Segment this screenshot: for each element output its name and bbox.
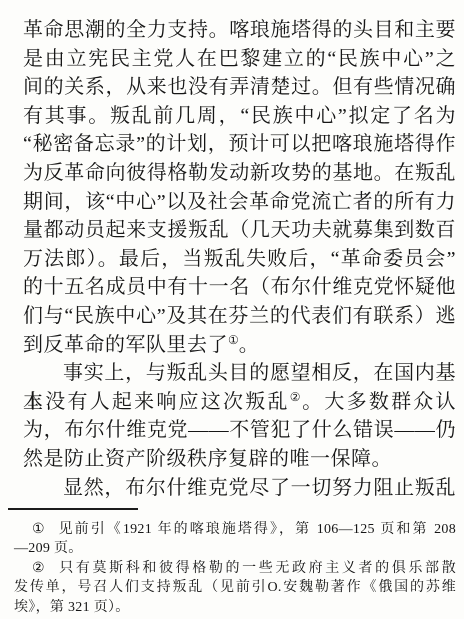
footnote-ref-2: ②	[290, 390, 302, 404]
text-segment: 上没有人起来响应这次叛乱	[23, 391, 290, 413]
book-page: 革命思潮的全力支持。喀琅施塔得的头目和主要 是由立宪民主党人在巴黎建立的“民族中…	[0, 0, 464, 619]
footnote-text: 只有莫斯科和彼得格勒的一些无政府主义者的俱乐部散	[59, 561, 456, 576]
footnote-separator	[8, 508, 138, 510]
text-line: 有其事。叛乱前几周，“民族中心”拟定了名为	[23, 102, 456, 131]
text-line: 事实上，与叛乱头目的愿望相反，在国内基本	[23, 359, 456, 388]
text-line: 革命思潮的全力支持。喀琅施塔得的头目和主要	[23, 16, 456, 45]
text-line: 是由立宪民主党人在巴黎建立的“民族中心”之	[23, 45, 456, 74]
main-text: 革命思潮的全力支持。喀琅施塔得的头目和主要 是由立宪民主党人在巴黎建立的“民族中…	[23, 16, 456, 502]
text-line: 显然，布尔什维克党尽了一切努力阻止叛乱	[23, 474, 456, 503]
footnote-marker: ②	[32, 561, 47, 576]
footnote-text: 见前引《1921 年的喀琅施塔得》，第 106—125 页和第 208	[59, 522, 456, 537]
text-segment: 。	[239, 334, 260, 356]
footnotes: ①见前引《1921 年的喀琅施塔得》，第 106—125 页和第 208 —20…	[14, 520, 456, 617]
text-line: “秘密备忘录”的计划，预计可以把喀琅施塔得作	[23, 130, 456, 159]
text-line: 到反革命的军队里去了①。	[23, 331, 456, 360]
footnote-line: ②只有莫斯科和彼得格勒的一些无政府主义者的俱乐部散	[14, 559, 456, 578]
text-line: 为，布尔什维克党——不管犯了什么错误——仍	[23, 416, 456, 445]
text-line: 为反革命向彼得格勒发动新攻势的基地。在叛乱	[23, 159, 456, 188]
footnote-line: ①见前引《1921 年的喀琅施塔得》，第 106—125 页和第 208	[14, 520, 456, 539]
text-line: 的十五名成员中有十一名（布尔什维克党怀疑他	[23, 273, 456, 302]
text-line: 期间，该“中心”以及社会革命党流亡者的所有力	[23, 188, 456, 217]
text-segment: 。大多数群众认	[302, 391, 456, 413]
footnote-marker: ①	[32, 522, 47, 537]
text-line: 然是防止资产阶级秩序复辟的唯一保障。	[23, 445, 456, 474]
text-segment: 到反革命的军队里去了	[23, 334, 228, 356]
text-line: 万法郎）。最后，当叛乱失败后，“革命委员会”	[23, 245, 456, 274]
footnote-line: —209 页。	[14, 539, 456, 558]
footnote-ref-1: ①	[228, 333, 239, 347]
text-line: 量都动员起来支援叛乱（几天功夫就募集到数百	[23, 216, 456, 245]
footnote-line: 埃》，第 321 页）。	[14, 598, 456, 617]
text-line: 上没有人起来响应这次叛乱②。大多数群众认	[23, 388, 456, 417]
footnote-line: 发传单，号召人们支持叛乱（见前引O.安魏勒著作《俄国的苏维	[14, 578, 456, 597]
text-line: 们与“民族中心”及其在芬兰的代表们有联系）逃	[23, 302, 456, 331]
text-line: 间的关系，从来也没有弄清楚过。但有些情况确	[23, 73, 456, 102]
